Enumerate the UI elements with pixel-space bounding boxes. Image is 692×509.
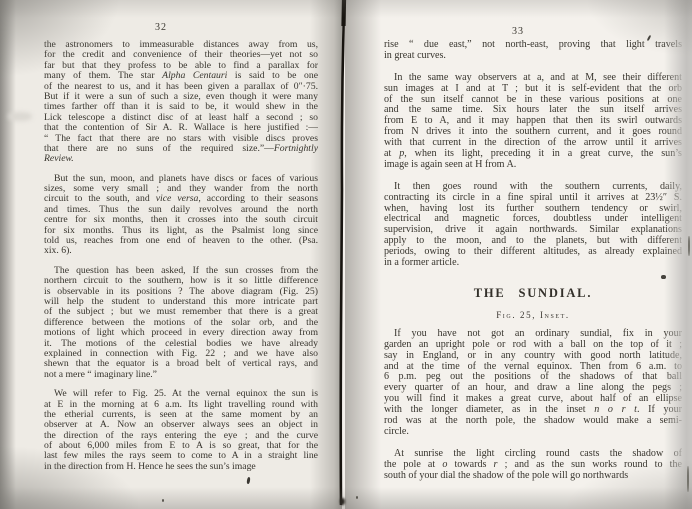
paragraph: In the same way observers at a, and at M… (384, 73, 682, 171)
paragraph: The question has been asked, If the sun … (44, 266, 318, 380)
text-line: Review. (44, 154, 318, 164)
scan-speck (162, 499, 164, 502)
scan-speck (661, 275, 666, 279)
paragraph: But the sun, moon, and planets have disc… (44, 174, 318, 257)
paragraph: At sunrise the light circling round cast… (384, 449, 682, 482)
text-line: in the direction from H. Hence he sees t… (44, 462, 318, 472)
text-line: told us, reaches from one end of heaven … (44, 236, 318, 246)
paragraph: It then goes round with the southern cur… (384, 182, 682, 269)
page-number-left: 32 (146, 22, 176, 33)
scan-speck (340, 498, 345, 505)
scan-speck (356, 496, 358, 499)
right-page-text-top: rise “ due east,” not north-east, provin… (384, 40, 682, 269)
scan-speck (687, 466, 689, 492)
paragraph: the astronomers to immeasurable distance… (44, 40, 318, 165)
text-line: circle. (384, 427, 682, 438)
section-heading: THE SUNDIAL. (384, 286, 682, 301)
right-page-text: rise “ due east,” not north-east, provin… (384, 40, 682, 493)
paragraph: rise “ due east,” not north-east, provin… (384, 40, 682, 62)
left-page-text: the astronomers to immeasurable distance… (44, 40, 318, 481)
paragraph: If you have not got an ordinary sundial,… (384, 329, 682, 438)
text-line: not a mere “ imaginary line.” (44, 370, 318, 380)
section-subheading: Fig. 25, Inset. (384, 310, 682, 321)
page-number-right: 33 (503, 26, 533, 37)
text-line: south of your dial the shadow of the pol… (384, 471, 682, 482)
book-scan: 32 33 the astronomers to immeasurable di… (0, 0, 692, 509)
scan-speck (8, 112, 32, 121)
paragraph: We will refer to Fig. 25. At the vernal … (44, 389, 318, 472)
text-line: that there are no suns of the required s… (44, 144, 318, 154)
text-line: in great curves. (384, 51, 682, 62)
right-page-text-bottom: If you have not got an ordinary sundial,… (384, 329, 682, 482)
text-line: in a former article. (384, 258, 682, 269)
text-line: xix. 6). (44, 246, 318, 256)
scan-speck (688, 236, 690, 256)
text-line: rod was at the north pole, the shadow wo… (384, 416, 682, 427)
text-line: image is again seen at H from A. (384, 160, 682, 171)
